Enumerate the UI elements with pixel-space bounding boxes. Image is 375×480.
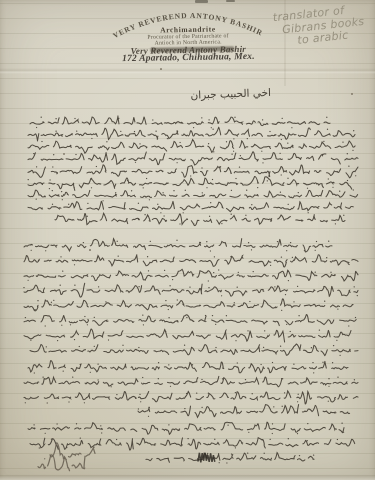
handwriting-line (24, 299, 353, 311)
handwriting-line (30, 116, 330, 128)
handwriting-line (28, 152, 358, 165)
handwriting-line (146, 452, 314, 463)
handwriting-line (28, 165, 358, 178)
ink-scribble (198, 453, 215, 463)
handwriting-line (28, 201, 353, 213)
handwriting-line (30, 437, 355, 450)
handwriting-line (28, 189, 358, 201)
handwriting-line (24, 255, 358, 267)
handwriting-line (55, 213, 345, 225)
handwriting-line (138, 405, 350, 418)
handwriting-line (30, 344, 358, 356)
handwriting-line (24, 391, 358, 404)
paper-bottom-edge (0, 475, 375, 480)
handwriting-line (24, 269, 358, 281)
handwriting-line (24, 329, 351, 342)
handwriting-line (28, 127, 355, 141)
handwriting-line (28, 140, 355, 154)
handwriting-line (28, 422, 344, 434)
handwriting-line (24, 314, 356, 326)
handwriting-line (38, 455, 85, 471)
handwriting-line (28, 176, 352, 190)
handwriting-line (23, 283, 358, 297)
letter-scan: VERY REVEREND ANTONY BASHIR Archimandrit… (0, 0, 375, 480)
handwriting-line (28, 361, 348, 374)
handwriting-line (24, 239, 332, 252)
handwriting-line (24, 376, 358, 387)
handwriting-body (0, 0, 375, 480)
